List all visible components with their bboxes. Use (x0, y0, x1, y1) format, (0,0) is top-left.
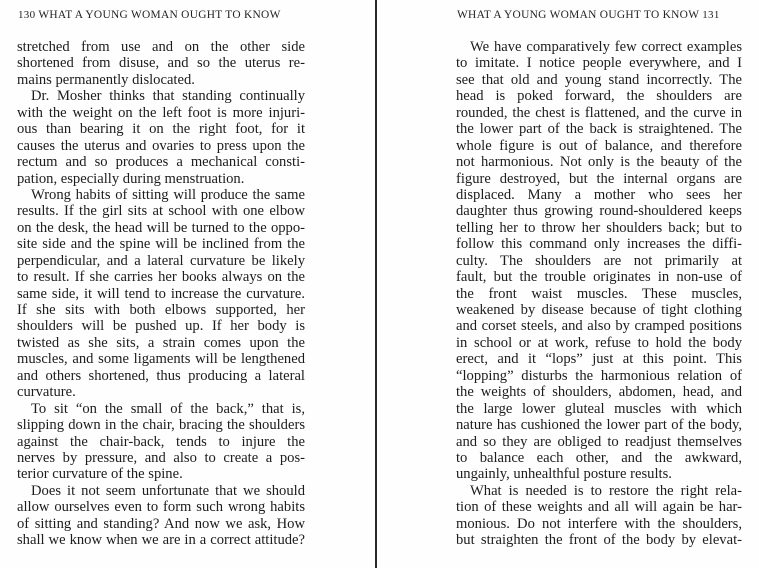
text-line: slipping down in the chair, bracing the … (17, 417, 305, 433)
text-line: and corset steels, and also by cramped p… (456, 318, 742, 334)
text-line: against the chair-back, tends to injure … (17, 434, 305, 450)
text-line: the large lower gluteal muscles with whi… (456, 401, 742, 417)
text-line: shoulders will be pushed up. If her body… (17, 318, 305, 334)
text-line: Dr. Mosher thinks that standing continua… (17, 88, 305, 104)
right-page: WHAT A YOUNG WOMAN OUGHT TO KNOW 131 We … (377, 0, 759, 568)
text-line: but straighten the front of the body by … (456, 532, 742, 548)
left-running-head: 130 WHAT A YOUNG WOMAN OUGHT TO KNOW (18, 9, 281, 21)
text-line: causes the uterus and ovaries to press u… (17, 138, 305, 154)
text-line: follow this command only increases the d… (456, 236, 742, 252)
right-running-title: WHAT A YOUNG WOMAN OUGHT TO KNOW (457, 9, 699, 21)
text-line: weakened by disease because of tight clo… (456, 302, 742, 318)
text-line: head is poked forward, the shoulders are (456, 88, 742, 104)
text-line: terior curvature of the spine. (17, 466, 305, 482)
text-line: stretched from use and on the other side (17, 39, 305, 55)
text-line: and so they are obliged to readjust them… (456, 434, 742, 450)
text-line: fault, but the trouble originates in non… (456, 269, 742, 285)
text-line: To sit “on the small of the back,” that … (17, 401, 305, 417)
text-line: shortened from disuse, and so the uterus… (17, 55, 305, 71)
text-line: nature has cushioned the lower part of t… (456, 417, 742, 433)
right-body-text: We have comparatively few correct exampl… (456, 39, 742, 549)
text-line: erect, and it “lops” just at this point.… (456, 351, 742, 367)
text-line: to imitate. I notice people everywhere, … (456, 55, 742, 71)
text-line: see that old and young stand incorrectly… (456, 72, 742, 88)
text-line: If she sits with both elbows supported, … (17, 302, 305, 318)
text-line: allow ourselves even to form such wrong … (17, 499, 305, 515)
right-running-head: WHAT A YOUNG WOMAN OUGHT TO KNOW 131 (457, 9, 720, 21)
text-line: not harmonious. Not only is the beauty o… (456, 154, 742, 170)
text-line: on the desk, the head will be turned to … (17, 220, 305, 236)
left-page-number: 130 (18, 9, 35, 21)
text-line: site side and the spine will be inclined… (17, 236, 305, 252)
text-line: the lower part of the back is straighten… (456, 121, 742, 137)
text-line: mains permanently dislocated. (17, 72, 305, 88)
text-line: culty. The shoulders are not primarily a… (456, 253, 742, 269)
text-line: same side, it will tend to increase the … (17, 286, 305, 302)
left-page: 130 WHAT A YOUNG WOMAN OUGHT TO KNOW str… (0, 0, 375, 568)
text-line: twisted as she sits, a strain comes upon… (17, 335, 305, 351)
text-line: figure destroyed, but the internal organ… (456, 171, 742, 187)
text-line: rectum and so produces a mechanical cons… (17, 154, 305, 170)
text-line: muscles, and some ligaments will be leng… (17, 351, 305, 367)
text-line: daughter thus growing round-shouldered k… (456, 203, 742, 219)
text-line: whole figure is out of balance, and ther… (456, 138, 742, 154)
text-line: in school or at work, refuse to hold the… (456, 335, 742, 351)
text-line: We have comparatively few correct exampl… (456, 39, 742, 55)
text-line: ungainly, unhealthful posture results. (456, 466, 742, 482)
text-line: displaced. Many a mother who sees her (456, 187, 742, 203)
text-line: tion of these weights and all will again… (456, 499, 742, 515)
text-line: with the weight on the left foot is more… (17, 105, 305, 121)
text-line: to balance each other, and the awkward, (456, 450, 742, 466)
text-line: pation, especially during menstruation. (17, 171, 305, 187)
text-line: to result. If she carries her books alwa… (17, 269, 305, 285)
text-line: Wrong habits of sitting will produce the… (17, 187, 305, 203)
text-line: the front waist muscles. These muscles, (456, 286, 742, 302)
left-running-title: WHAT A YOUNG WOMAN OUGHT TO KNOW (38, 9, 280, 21)
right-page-number: 131 (702, 9, 719, 21)
text-line: What is needed is to restore the right r… (456, 483, 742, 499)
text-line: the weights of shoulders, abdomen, head,… (456, 384, 742, 400)
text-line: results. If the girl sits at school with… (17, 203, 305, 219)
text-line: nerves by pressure, and also to create a… (17, 450, 305, 466)
text-line: telling her to throw her shoulders back;… (456, 220, 742, 236)
text-line: ous than bearing it on the right foot, f… (17, 121, 305, 137)
text-line: monious. Do not interfere with the shoul… (456, 516, 742, 532)
text-line: curvature. (17, 384, 305, 400)
text-line: rounded, the chest is flattened, and the… (456, 105, 742, 121)
text-line: and others shortened, thus producing a l… (17, 368, 305, 384)
left-body-text: stretched from use and on the other side… (17, 39, 305, 549)
text-line: perpendicular, and a lateral curvature b… (17, 253, 305, 269)
text-line: of sitting and standing? And now we ask,… (17, 516, 305, 532)
text-line: Does it not seem unfortunate that we sho… (17, 483, 305, 499)
text-line: “lopping” disturbs the harmonious relati… (456, 368, 742, 384)
text-line: shall we know when we are in a correct a… (17, 532, 305, 548)
